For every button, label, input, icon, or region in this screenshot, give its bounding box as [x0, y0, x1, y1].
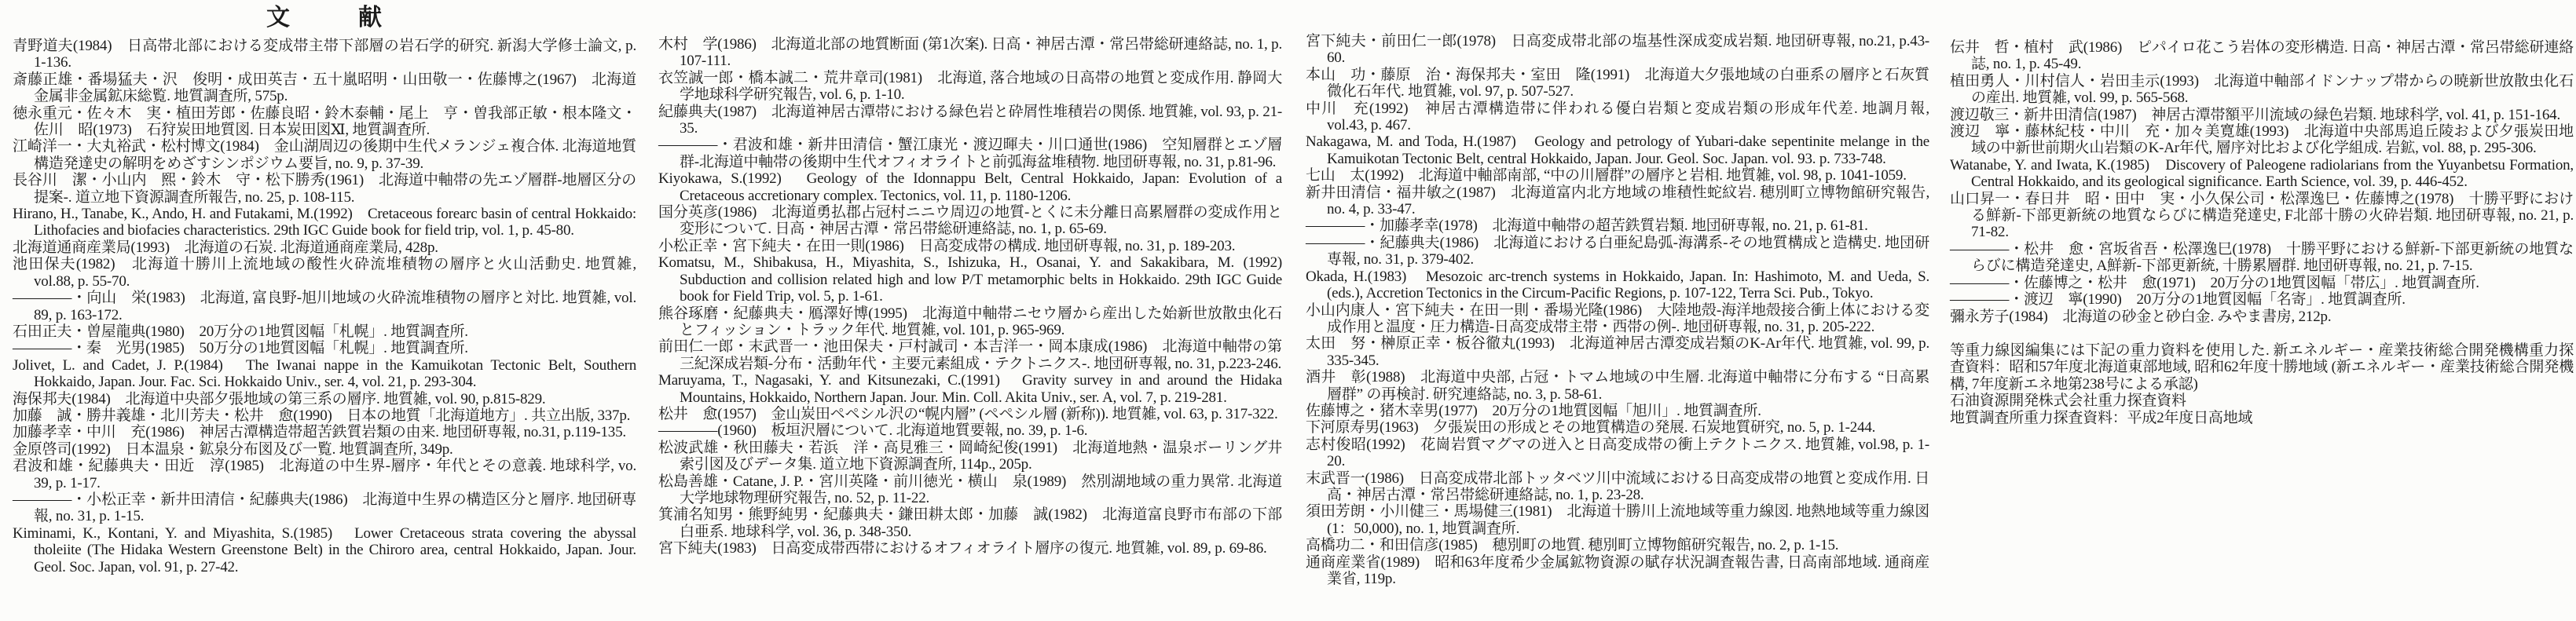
reference-entry: ————・渡辺 寧(1990) 20万分の1地質図幅「名寄」. 地質調査所. — [1950, 291, 2574, 308]
reference-entry: 斎藤正雄・番場猛夫・沢 俊明・成田英吉・五十嵐昭明・山田敬一・佐藤博之(1967… — [13, 71, 636, 105]
reference-entry: ————・秦 光男(1985) 50万分の1地質図幅「札幌」. 地質調査所. — [13, 340, 636, 356]
gravity-data-source-note: 等重力線図編集には下記の重力資料を使用した. 新エネルギー・産業技術総合開発機構… — [1950, 342, 2574, 393]
reference-entry: 金原啓司(1992) 日本温泉・鉱泉分布図及び一覧. 地質調査所, 349p. — [13, 441, 636, 458]
reference-entry: 酒井 彰(1988) 北海道中央部, 占冠・トマム地域の中生層. 北海道中軸帯に… — [1306, 369, 1929, 403]
reference-entry: Kiminami, K., Kontani, Y. and Miyashita,… — [13, 525, 636, 575]
reference-entry: 宮下純夫・前田仁一郎(1978) 日高変成帯北部の塩基性深成変成岩類. 地団研専… — [1306, 33, 1929, 67]
reference-entry: 高橋功二・和田信彦(1985) 穂別町の地質. 穂別町立博物館研究報告, no.… — [1306, 537, 1929, 553]
reference-entry: 末武晋一(1986) 日高変成帯北部トッタベツ川中流域における日高変成帯の地質と… — [1306, 470, 1929, 504]
references-column-3: 宮下純夫・前田仁一郎(1978) 日高変成帯北部の塩基性深成変成岩類. 地団研専… — [1306, 33, 1929, 587]
reference-entry: 君波和雄・紀藤典夫・田近 淳(1985) 北海道の中生界-層序・年代とその意義.… — [13, 458, 636, 491]
reference-entry: 青野道夫(1984) 日高帯北部における変成帯主帯下部層の岩石学的研究. 新潟大… — [13, 38, 636, 71]
reference-entry: 長谷川 潔・小山内 熙・鈴木 守・松下勝秀(1961) 北海道中軸帯の先エゾ層群… — [13, 172, 636, 206]
reference-entry: 徳永重元・佐々木 実・植田芳郎・佐藤良昭・鈴木泰輔・尾上 亨・曽我部正敏・根本隆… — [13, 105, 636, 139]
references-column-2: 木村 学(1986) 北海道北部の地質断面 (第1次案). 日高・神居古潭・常呂… — [658, 36, 1282, 557]
reference-entry: 松波武雄・秋田藤夫・若浜 洋・高見雅三・岡崎紀俊(1991) 北海道地熱・温泉ボ… — [658, 440, 1282, 473]
reference-entry: 国分英彦(1986) 北海道勇払郡占冠村ニニウ周辺の地質-とくに未分離日高累層群… — [658, 204, 1282, 238]
reference-entry: 本山 功・藤原 治・海保邦夫・室田 隆(1991) 北海道大夕張地域の白亜系の層… — [1306, 67, 1929, 100]
references-column-4: 伝井 哲・植村 武(1986) ピパイロ花こう岩体の変形構造. 日高・神居古潭・… — [1950, 39, 2574, 426]
page-title-char-1: 文 — [266, 5, 291, 31]
reference-entry: 佐藤博之・猪木幸男(1977) 20万分の1地質図幅「旭川」. 地質調査所. — [1306, 403, 1929, 419]
reference-entry: 加藤 誠・勝井義雄・北川芳夫・松井 愈(1990) 日本の地質「北海道地方」. … — [13, 407, 636, 424]
reference-entry: 松島善雄・Catane, J. P.・宮川英隆・前川徳光・横山 泉(1989) … — [658, 473, 1282, 507]
reference-entry: ————・向山 栄(1983) 北海道, 富良野-旭川地域の火砕流堆積物の層序と… — [13, 290, 636, 323]
reference-entry: Maruyama, T., Nagasaki, Y. and Kitsuneza… — [658, 372, 1282, 406]
reference-entry: 海保邦夫(1984) 北海道中央部夕張地域の第三系の層序. 地質雑, vol. … — [13, 391, 636, 407]
reference-list-1: 青野道夫(1984) 日高帯北部における変成帯主帯下部層の岩石学的研究. 新潟大… — [13, 38, 636, 575]
reference-entry: 渡辺敬三・新井田清信(1987) 神居古潭帯額平川流域の緑色岩類. 地球科学, … — [1950, 107, 2574, 123]
references-column-1: 文献 青野道夫(1984) 日高帯北部における変成帯主帯下部層の岩石学的研究. … — [13, 5, 636, 575]
reference-list-3: 宮下純夫・前田仁一郎(1978) 日高変成帯北部の塩基性深成変成岩類. 地団研専… — [1306, 33, 1929, 587]
gravity-data-source-note: 地質調査所重力探査資料：平成2年度日高地域 — [1950, 410, 2574, 426]
reference-entry: 小松正幸・宮下純夫・在田一則(1986) 日高変成帯の構成. 地団研専報, no… — [658, 238, 1282, 254]
gravity-data-source-notes: 等重力線図編集には下記の重力資料を使用した. 新エネルギー・産業技術総合開発機構… — [1950, 342, 2574, 426]
page-title: 文献 — [13, 5, 636, 31]
reference-entry: 渡辺 寧・藤林紀枝・中川 充・加々美寛雄(1993) 北海道中央部馬追丘陵および… — [1950, 123, 2574, 157]
reference-entry: ————・小松正幸・新井田清信・紀藤典夫(1986) 北海道中生界の構造区分と層… — [13, 491, 636, 525]
reference-entry: Okada, H.(1983) Mesozoic arc-trench syst… — [1306, 268, 1929, 302]
reference-entry: 松井 愈(1957) 金山炭田ペペシル沢の“幌内層” (ペペシル層 (新称)).… — [658, 406, 1282, 422]
reference-entry: Komatsu, M., Shibakusa, H., Miyashita, S… — [658, 254, 1282, 305]
reference-entry: 伝井 哲・植村 武(1986) ピパイロ花こう岩体の変形構造. 日高・神居古潭・… — [1950, 39, 2574, 73]
reference-list-4: 伝井 哲・植村 武(1986) ピパイロ花こう岩体の変形構造. 日高・神居古潭・… — [1950, 39, 2574, 325]
reference-entry: 宮下純夫(1983) 日高変成帯西帯におけるオフィオライト層序の復元. 地質雑,… — [658, 540, 1282, 557]
reference-entry: 箕浦名知男・熊野純男・紀藤典夫・鎌田耕太郎・加藤 誠(1982) 北海道富良野市… — [658, 506, 1282, 540]
reference-entry: 紀藤典夫(1987) 北海道神居古潭帯における緑色岩と砕屑性堆積岩の関係. 地質… — [658, 104, 1282, 137]
page-title-char-2: 献 — [358, 5, 383, 31]
reference-entry: Hirano, H., Tanabe, K., Ando, H. and Fut… — [13, 206, 636, 239]
reference-entry: 太田 努・榊原正幸・板谷徹丸(1993) 北海道神居古潭変成岩類のK-Ar年代.… — [1306, 335, 1929, 369]
reference-entry: Kiyokawa, S.(1992) Geology of the Idonna… — [658, 170, 1282, 204]
reference-entry: ————・佐藤博之・松井 愈(1971) 20万分の1地質図幅「帯広」. 地質調… — [1950, 275, 2574, 291]
gravity-data-source-note: 石油資源開発株式会社重力探査資料 — [1950, 393, 2574, 409]
reference-entry: 北海道通商産業局(1993) 北海道の石炭. 北海道通商産業局, 428p. — [13, 239, 636, 256]
reference-entry: 池田保夫(1982) 北海道十勝川上流地域の酸性火砕流堆積物の層序と火山活動史.… — [13, 256, 636, 290]
reference-entry: 七山 太(1992) 北海道中軸部南部, “中の川層群”の層序と岩相. 地質雑,… — [1306, 167, 1929, 184]
reference-entry: 衣笠誠一郎・橋本誠二・荒井章司(1981) 北海道, 落合地域の日高帯の地質と変… — [658, 70, 1282, 104]
reference-entry: ————・君波和雄・新井田清信・蟹江康光・渡辺暉夫・川口通世(1986) 空知層… — [658, 137, 1282, 170]
reference-entry: 植田勇人・川村信人・岩田圭示(1993) 北海道中軸部イドンナップ帯からの暁新世… — [1950, 73, 2574, 107]
reference-entry: Watanabe, Y. and Iwata, K.(1985) Discove… — [1950, 157, 2574, 191]
reference-entry: 山口昇一・春日井 昭・田中 実・小久保公司・松澤逸巳・佐藤博之(1978) 十勝… — [1950, 191, 2574, 241]
reference-entry: ————・紀藤典夫(1986) 北海道における白亜紀島弧-海溝系-その地質構成と… — [1306, 235, 1929, 268]
reference-entry: Jolivet, L. and Cadet, J. P.(1984) The I… — [13, 357, 636, 391]
reference-entry: 須田芳朗・小川健三・馬場健三(1981) 北海道十勝川上流地域等重力線図. 地熱… — [1306, 503, 1929, 537]
reference-entry: 江崎洋一・大丸裕武・松村博文(1984) 金山湖周辺の後期中生代メランジェ複合体… — [13, 138, 636, 172]
references-page: 文献 青野道夫(1984) 日高帯北部における変成帯主帯下部層の岩石学的研究. … — [0, 0, 2576, 621]
reference-entry: ————・松井 愈・宮坂省吾・松澤逸巳(1978) 十勝平野における鮮新-下部更… — [1950, 241, 2574, 275]
reference-entry: 石田正夫・曽屋龍典(1980) 20万分の1地質図幅「札幌」. 地質調査所. — [13, 323, 636, 340]
reference-entry: 熊谷琢磨・紀藤典夫・鴈澤好博(1995) 北海道中軸帯ニセウ層から産出した始新世… — [658, 305, 1282, 339]
reference-entry: 通商産業省(1989) 昭和63年度希少金属鉱物資源の賦存状況調査報告書, 日高… — [1306, 554, 1929, 588]
reference-entry: Nakagawa, M. and Toda, H.(1987) Geology … — [1306, 133, 1929, 167]
reference-entry: 新井田清信・福井敏之(1987) 北海道富内北方地域の堆積性蛇紋岩. 穂別町立博… — [1306, 184, 1929, 218]
reference-entry: 前田仁一郎・末武晋一・池田保夫・戸村誠司・本吉洋一・岡本康成(1986) 北海道… — [658, 338, 1282, 372]
reference-entry: 彌永芳子(1984) 北海道の砂金と砂白金. みやま書房, 212p. — [1950, 309, 2574, 325]
reference-entry: ————・加藤孝幸(1978) 北海道中軸帯の超苦鉄質岩類. 地団研専報, no… — [1306, 217, 1929, 234]
reference-entry: 中川 充(1992) 神居古潭構造帯に伴われる優白岩類と変成岩類の形成年代差. … — [1306, 100, 1929, 134]
reference-entry: ————(1960) 板垣沢層について. 北海道地質要報, no. 39, p.… — [658, 422, 1282, 439]
reference-entry: 下河原寿男(1963) 夕張炭田の形成とその地質構造の発展. 石炭地質研究, n… — [1306, 419, 1929, 436]
reference-entry: 木村 学(1986) 北海道北部の地質断面 (第1次案). 日高・神居古潭・常呂… — [658, 36, 1282, 70]
reference-entry: 志村俊昭(1992) 花崗岩質マグマの迸入と日高変成帯の衝上テクトニクス. 地質… — [1306, 437, 1929, 470]
reference-entry: 加藤孝幸・中川 充(1986) 神居古潭構造帯超苦鉄質岩類の由来. 地団研専報,… — [13, 424, 636, 440]
reference-entry: 小山内康人・宮下純夫・在田一則・番場光隆(1986) 大陸地殻-海洋地殻接合衝上… — [1306, 302, 1929, 336]
reference-list-2: 木村 学(1986) 北海道北部の地質断面 (第1次案). 日高・神居古潭・常呂… — [658, 36, 1282, 557]
